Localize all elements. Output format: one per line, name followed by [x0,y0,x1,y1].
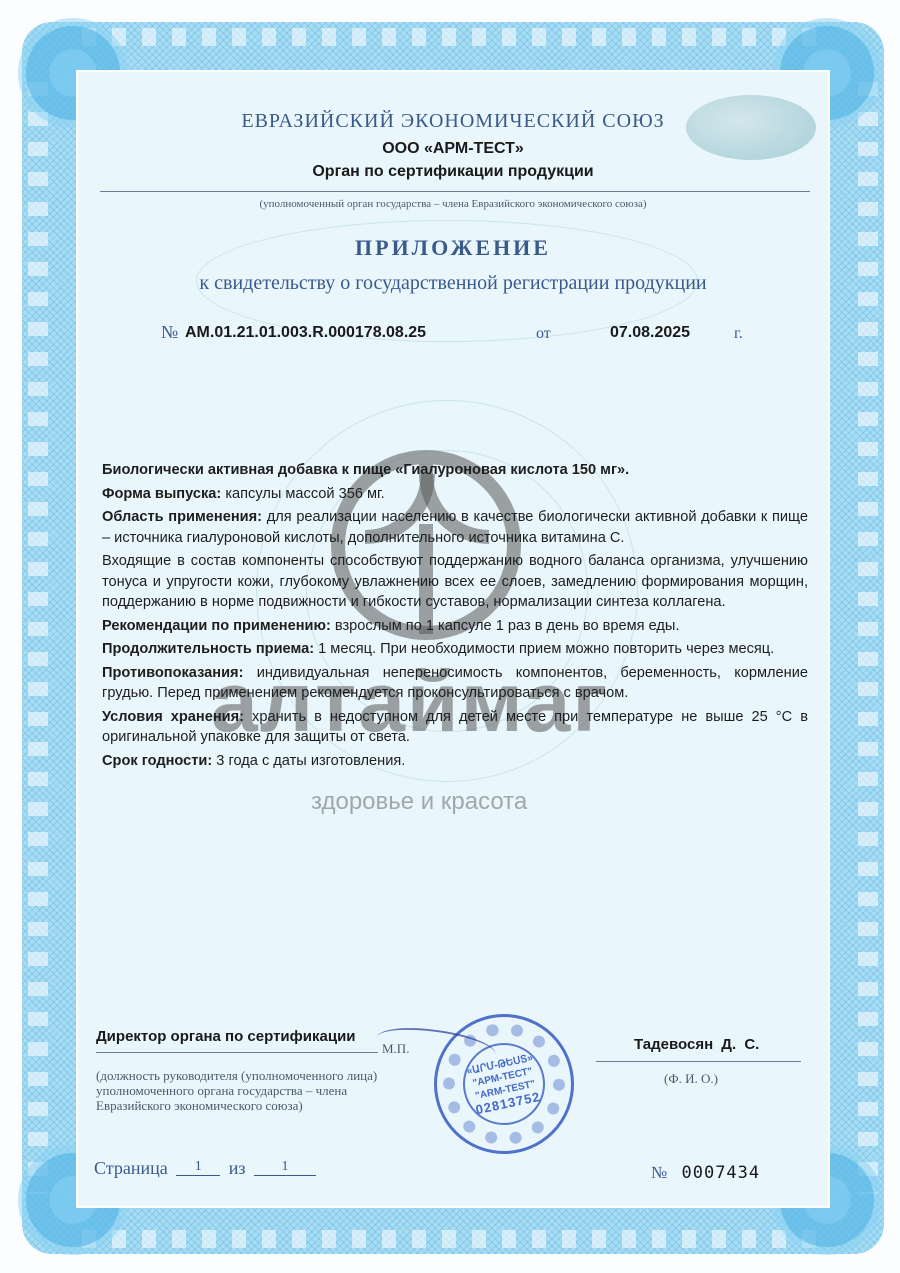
field-contraindications: Противопоказания: индивидуальная неперен… [102,663,808,704]
of-label: из [229,1158,246,1178]
registration-date: 07.08.2025 [610,324,690,342]
serial-number: 0007434 [681,1163,760,1183]
field-release-form: Форма выпуска: капсулы массой 356 мг. [102,484,808,505]
page-total: 1 [254,1159,316,1176]
field-duration: Продолжительность приема: 1 месяц. При н… [102,639,808,660]
official-stamp: «ԱՐՄ-ԹԵՍՏ» "АРМ-ТЕСТ" "ARM-TEST" 0281375… [421,1001,587,1167]
organization-name: ООО «АРМ-ТЕСТ» [76,140,830,158]
watermark-tagline: здоровье и красота [311,790,527,814]
serial-sign: № [651,1163,667,1182]
border-pattern [82,1230,824,1248]
registration-number: AM.01.21.01.003.R.000178.08.25 [185,324,426,342]
field-components: Входящие в состав компоненты способствую… [102,551,808,613]
field-storage: Условия хранения: хранить в недоступном … [102,707,808,748]
registration-line: № AM.01.21.01.003.R.000178.08.25 от 07.0… [76,322,830,346]
product-description: Биологически активная добавка к пище «Ги… [102,460,808,774]
page-current: 1 [176,1159,220,1176]
border-pattern [858,82,878,1194]
signatory-name: Тадевосян Д. С. [634,1036,759,1053]
header-caption: (уполномоченный орган государства – член… [76,198,830,210]
signature-line [96,1052,378,1053]
year-suffix: г. [734,325,743,343]
document-title: ПРИЛОЖЕНИЕ [76,235,830,261]
certification-body: Орган по сертификации продукции [76,163,830,181]
union-name: ЕВРАЗИЙСКИЙ ЭКОНОМИЧЕСКИЙ СОЮЗ [76,110,830,133]
name-caption: (Ф. И. О.) [664,1071,718,1087]
document-subtitle: к свидетельству о государственной регист… [76,272,830,295]
border-pattern [82,28,824,46]
certificate-sheet: ЕВРАЗИЙСКИЙ ЭКОНОМИЧЕСКИЙ СОЮЗ ООО «АРМ-… [76,70,830,1208]
name-line [596,1061,801,1062]
number-sign: № [161,322,178,343]
field-shelf-life: Срок годности: 3 года с даты изготовлени… [102,751,808,772]
page-label: Страница [94,1158,168,1178]
form-serial: № 0007434 [651,1163,760,1183]
product-name: Биологически активная добавка к пище «Ги… [102,462,629,478]
page-indicator: Страница 1 из 1 [94,1158,320,1179]
border-pattern [28,82,48,1194]
signatory-position: Директор органа по сертификации [96,1028,356,1045]
header-divider [100,191,810,192]
field-application: Область применения: для реализации насел… [102,507,808,548]
field-recommendations: Рекомендации по применению: взрослым по … [102,616,808,637]
from-label: от [536,325,551,343]
position-caption: (должность руководителя (уполномоченного… [96,1068,386,1113]
